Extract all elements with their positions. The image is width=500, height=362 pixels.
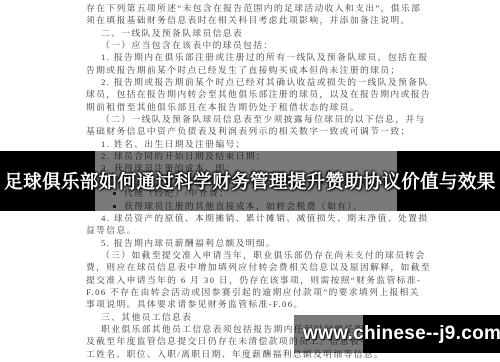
document-line: 球员，包括在报告期内转会至其他俱乐部注册的球员，以及在报告期内或报告 <box>86 88 434 100</box>
document-line: F.06 不存在由转会活动或因参赛引起的逾期应付款项”的要求填列上报相关 <box>86 286 434 298</box>
document-line: 4. 球员资产的原值、本期摊销、累计摊销、减值损失、期末净值、处置损 <box>86 212 434 224</box>
document-line: 5. 报告期内球员薪酬福利总额及明细。 <box>86 237 434 249</box>
document-line: 告期或报告期前某个时点已经发生了直接购买成本但尚未注册的球员； <box>86 64 434 76</box>
document-line: （一）应当包含在该表中的球员包括： <box>86 39 434 51</box>
document-line: （三）如截至提交准入申请当年，职业俱乐部仍存在尚未支付的球员转会 <box>86 249 434 261</box>
document-line: 期前租借至其他俱乐部且在本报告期仍处于租借状态的球员。 <box>86 101 434 113</box>
watermark-overlay: www.chinese--j9.com <box>0 315 500 353</box>
document-line: 二、一线队及预备队球员信息表 <box>86 27 434 39</box>
document-line: 基础财务信息中资产负债表及利润表列示的相关数字一致或可调节一致； <box>86 125 434 137</box>
document-line: 事项说明。具体要求请参见财务监管标准-F.06。 <box>86 298 434 310</box>
document-line: 1. 姓名、出生日期及注册编号； <box>86 138 434 150</box>
document-line: （二）一线队及预备队球员信息表至少须披露每位球员的以下信息，并与 <box>86 113 434 125</box>
headline-title: 足球俱乐部如何通过科学财务管理提升赞助协议价值与效果 <box>0 151 500 211</box>
document-line: 益等信息。 <box>86 224 434 236</box>
headline-overlay: 足球俱乐部如何通过科学财务管理提升赞助协议价值与效果 <box>0 151 500 211</box>
document-line: 须在填报基础财务信息表时在相关科目考虑此项影响，并添加备注说明。 <box>86 14 434 26</box>
document-line: 1. 报告期内在俱乐部注册或注册过的所有一线队及预备队球员，包括在报 <box>86 51 434 63</box>
watermark-url: www.chinese--j9.com <box>303 315 500 353</box>
document-line: 存在下列第五项所述“未包含在报告范围内的足球活动收入和支出”，俱乐部 <box>86 2 434 14</box>
document-line: 提交准入申请当年的 6 月 30 日，仍存在该事项，则需按照“财务监管标准- <box>86 274 434 286</box>
document-line: 费，则应在球员信息表中增加填列应付转会费相关信息以及原因解释，如截至 <box>86 261 434 273</box>
document-line: 2. 报告期或报告期前某个时点已经对其确认收益或损失的一线队及预备队 <box>86 76 434 88</box>
screenshot-root: 存在下列第五项所述“未包含在报告范围内的足球活动收入和支出”，俱乐部须在填报基础… <box>0 0 500 362</box>
